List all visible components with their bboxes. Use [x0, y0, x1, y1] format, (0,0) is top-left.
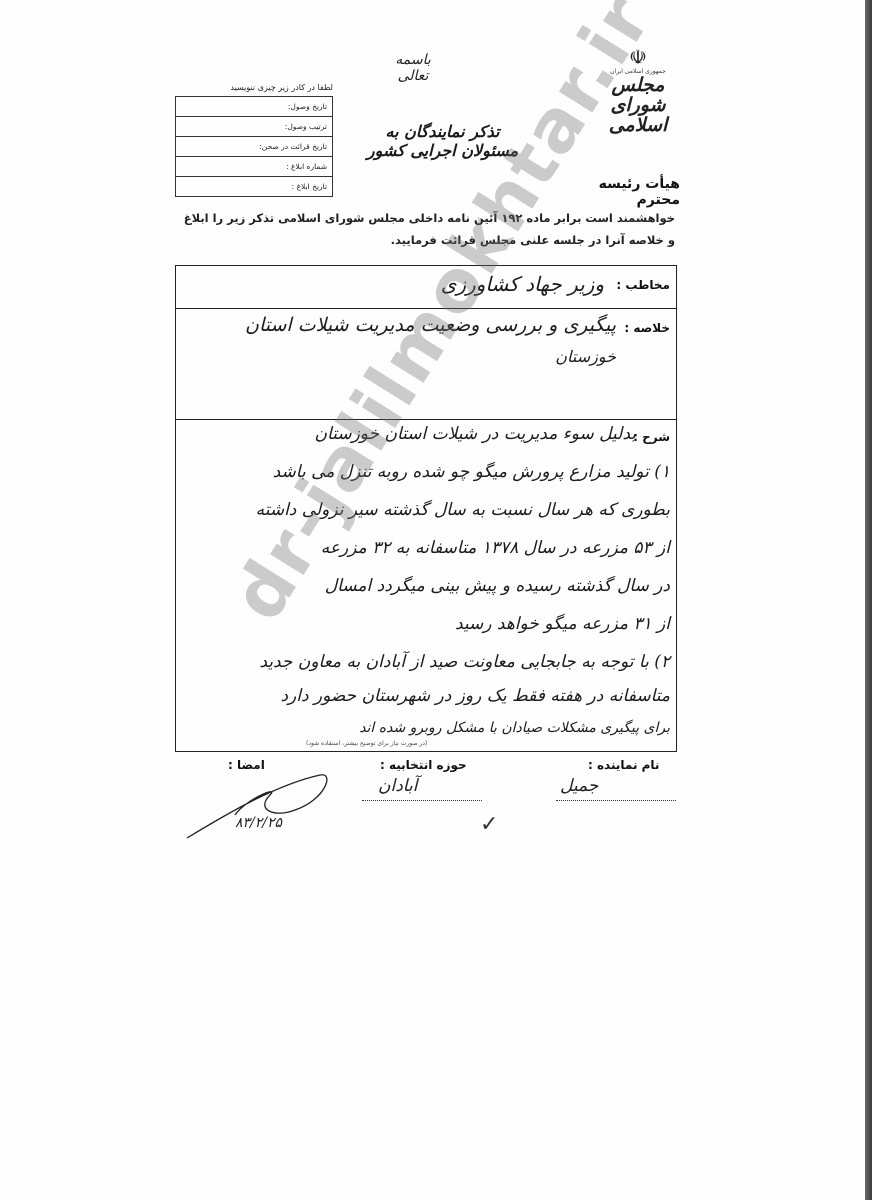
office-use-box: تاریخ وصول: ترتیب وصول: تاریخ قرائت در ص… — [175, 96, 333, 197]
signature-date: ۸۳/۲/۲۵ — [235, 815, 282, 831]
description-label: شرح : — [633, 430, 670, 444]
office-row-reading-date: تاریخ قرائت در صحن: — [176, 137, 332, 157]
summary-line-2: خوزستان — [555, 347, 616, 366]
salutation: هیأت رئیسه محترم — [560, 176, 680, 208]
bismillah: باسمه تعالی — [378, 52, 448, 84]
scan-edge — [865, 0, 872, 1200]
office-use-note: لطفا در کادر زیر چیزی ننویسید — [175, 83, 333, 92]
summary-label: خلاصه : — [624, 321, 670, 335]
description-footnote: (در صورت نیاز برای توضیح بیشتر، استفاده … — [306, 740, 427, 747]
description-line-9: برای پیگیری مشکلات صیادان با مشکل روبرو … — [359, 720, 670, 736]
constituency-line — [362, 800, 482, 801]
checkmark-icon: ✓ — [480, 812, 498, 837]
office-row-receipt-order: ترتیب وصول: — [176, 117, 332, 137]
addressee-label: مخاطب : — [616, 278, 670, 292]
office-row-receipt-date: تاریخ وصول: — [176, 97, 332, 117]
office-row-notice-date: تاریخ ابلاغ : — [176, 177, 332, 196]
constituency-label: حوزه انتخابیه : — [380, 758, 467, 772]
description-line-5: در سال گذشته رسیده و پیش بینی میگردد امس… — [325, 576, 670, 596]
representative-line — [556, 800, 676, 801]
description-line-8: متاسفانه در هفته فقط یک روز در شهرستان ح… — [280, 686, 670, 706]
representative-label: نام نماینده : — [588, 758, 659, 772]
office-row-notice-number: شماره ابلاغ : — [176, 157, 332, 177]
scanned-page: ☫ جمهوری اسلامی ایران مجلس شورای اسلامی … — [0, 0, 865, 1200]
description-line-7: ۲) با توجه به جابجایی معاونت صید از آباد… — [259, 652, 670, 672]
request-text: خواهشمند است برابر ماده ۱۹۲ آئین نامه دا… — [180, 207, 675, 251]
description-line-4: از ۵۳ مزرعه در سال ۱۳۷۸ متاسفانه به ۳۲ م… — [321, 538, 670, 558]
description-line-6: از ۳۱ مزرعه میگو خواهد رسید — [455, 614, 670, 634]
constituency-value: آبادان — [378, 776, 417, 796]
representative-value: جمیل — [560, 776, 598, 796]
